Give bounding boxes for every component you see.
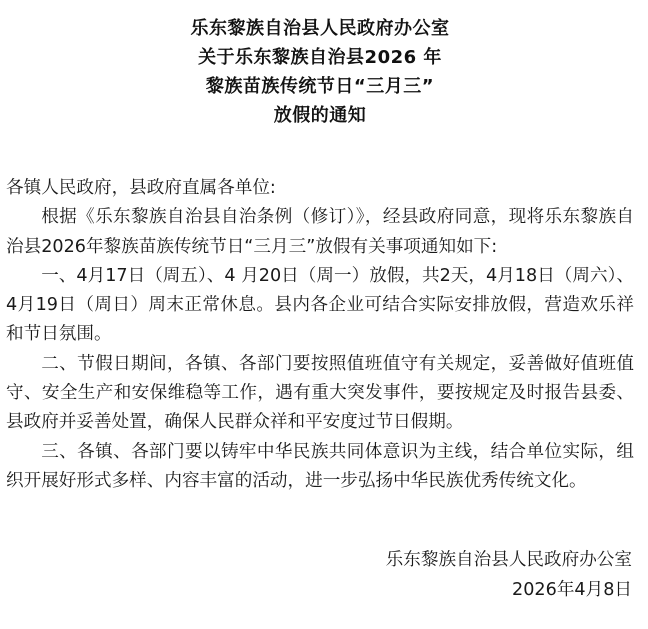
document-title: 乐东黎族自治县人民政府办公室 关于乐东黎族自治县2026 年 黎族苗族传统节日“…	[6, 0, 634, 130]
title-line-type: 放假的通知	[6, 101, 634, 130]
signature-block: 乐东黎族自治县人民政府办公室 2026年4月8日	[386, 545, 632, 605]
paragraph-item-2: 二、节假日期间，各镇、各部门要按照值班值守有关规定，妥善做好值班值守、安全生产和…	[6, 350, 634, 438]
notice-document: 乐东黎族自治县人民政府办公室 关于乐东黎族自治县2026 年 黎族苗族传统节日“…	[6, 0, 634, 496]
title-line-issuer: 乐东黎族自治县人民政府办公室	[6, 14, 634, 43]
salutation: 各镇人民政府，县政府直属各单位:	[6, 174, 634, 203]
paragraph-item-1: 一、4月17日（周五）、4 月20日（周一）放假，共2天，4月18日（周六）、4…	[6, 262, 634, 350]
signature-date: 2026年4月8日	[386, 575, 632, 605]
title-line-festival: 黎族苗族传统节日“三月三”	[6, 72, 634, 101]
title-line-subject: 关于乐东黎族自治县2026 年	[6, 43, 634, 72]
document-body: 各镇人民政府，县政府直属各单位: 根据《乐东黎族自治县自治条例（修订）》，经县政…	[6, 174, 634, 496]
paragraph-item-3: 三、各镇、各部门要以铸牢中华民族共同体意识为主线，结合单位实际，组织开展好形式多…	[6, 438, 634, 497]
paragraph-intro: 根据《乐东黎族自治县自治条例（修订）》，经县政府同意，现将乐东黎族自治县2026…	[6, 203, 634, 262]
signature-issuer: 乐东黎族自治县人民政府办公室	[386, 545, 632, 575]
